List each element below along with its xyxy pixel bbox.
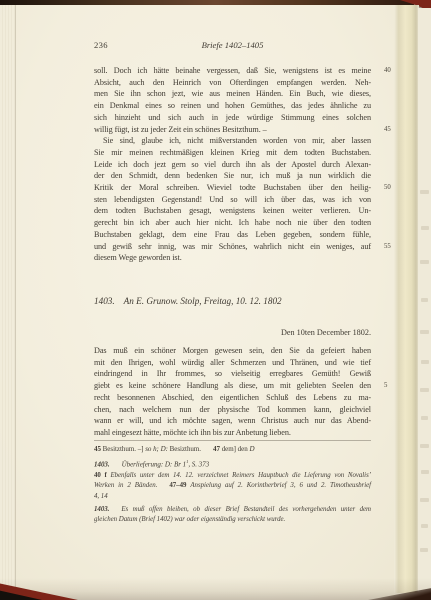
text-line: Sie mir meinen rechtmäßigen kleinen Krie…	[94, 147, 371, 159]
line-text: mit den Ihrigen, wohl würdig aller Schme…	[94, 358, 371, 367]
text-segment: gleichen Datum (Brief 1402) war oder eig…	[94, 516, 285, 523]
text-segment: , S. 373	[188, 460, 209, 468]
text-line: Werken in 2 Bänden.47–49 Anspielung auf …	[94, 481, 371, 491]
letter-1403-heading: 1403.An E. Grunow. Stolp, Freitag, 10. 1…	[94, 296, 371, 306]
text-line: 45 Besitzthum. –] so h; D: Besizthum.47 …	[94, 443, 371, 456]
ghost-text-line	[420, 260, 429, 264]
ghost-text-line	[421, 360, 429, 364]
ghost-text-line	[420, 444, 429, 448]
ghost-text-line	[421, 226, 429, 230]
text-segment: 47	[213, 445, 222, 453]
line-text: diesem Wege geworden ist.	[94, 253, 182, 262]
ghost-text-line	[420, 498, 429, 502]
line-text: giebt es keine schönere Handlung als die…	[94, 381, 371, 390]
margin-line-number: 55	[384, 241, 391, 253]
text-segment: so h; D:	[145, 445, 169, 453]
line-text: Sie sind, glaube ich, nicht mißverstande…	[103, 136, 371, 145]
text-segment: dem] den	[222, 445, 250, 453]
text-segment: Überlieferung: D: Br 1	[122, 460, 186, 468]
text-line: 1403.Es muß offen bleiben, ob dieser Bri…	[94, 505, 371, 515]
text-line: 1403.Überlieferung: D: Br 11, S. 373	[94, 456, 371, 471]
text-segment: 4, 14	[94, 493, 108, 500]
margin-line-number: 45	[384, 124, 391, 136]
left-page-edges	[0, 5, 16, 587]
line-text: ein Denkmal eines so reinen und hohen Ge…	[94, 101, 371, 110]
line-text: men Sie ihn schon jezt, wie aus meinen H…	[94, 89, 371, 98]
text-line: men Sie ihn schon jezt, wie aus meinen H…	[94, 88, 371, 100]
text-line: 40 f Ebenfalls unter dem 14. 12. verzeic…	[94, 471, 371, 481]
text-line: mahl eingesezt hätte, möchte ich ihn bis…	[94, 427, 371, 439]
line-text: Absicht, auch den Heinrich von Ofterding…	[94, 78, 371, 87]
line-text: und gewiß sehr innig, was mir Schönes, w…	[94, 242, 371, 251]
text-segment: Besizthum.	[170, 445, 201, 453]
next-page-edge	[418, 8, 431, 592]
page-header: 236 Briefe 1402–1405	[94, 40, 371, 50]
text-segment: Anspielung auf 2. Korintherbrief 3, 6 un…	[190, 482, 371, 489]
margin-line-number: 40	[384, 65, 391, 77]
line-text: gerecht bin ich aber auch hier nicht. Ic…	[94, 218, 371, 227]
margin-line-number: 5	[384, 380, 387, 392]
text-line: Buchstaben geklagt, dem eine Frau das Le…	[94, 229, 371, 241]
ghost-text-line	[420, 388, 429, 392]
text-line: chen, nach welchem nun der physische Tod…	[94, 404, 371, 416]
line-text: Sie mir meinen rechtmäßigen kleinen Krie…	[94, 148, 371, 157]
dateline: Den 10ten December 1802.	[94, 328, 371, 337]
text-line: ein Denkmal eines so reinen und hohen Ge…	[94, 100, 371, 112]
text-line: eindringend in Ihr frommes, so vielseiti…	[94, 368, 371, 380]
text-segment: D	[249, 445, 254, 453]
text-segment: 1403.	[94, 460, 110, 468]
text-line: der den Schmidt, denn bedenken Sie nur, …	[94, 170, 371, 182]
letter-title: An E. Grunow. Stolp, Freitag, 10. 12. 18…	[124, 296, 282, 306]
text-line: Leide ich doch jezt gern so viel durch i…	[94, 159, 371, 171]
line-text: mahl eingesezt hätte, möchte ich ihn bis…	[94, 428, 291, 437]
letter-1403-body: Das muß ein schöner Morgen gewesen sein,…	[94, 345, 371, 439]
line-text: wann er will, und ich möchte sagen, wenn…	[94, 416, 371, 425]
line-text: Buchstaben geklagt, dem eine Frau das Le…	[94, 230, 371, 239]
page-fore-edge	[394, 5, 419, 593]
text-line: Das muß ein schöner Morgen gewesen sein,…	[94, 345, 371, 357]
text-segment: 45	[94, 445, 103, 453]
text-line: wann er will, und ich möchte sagen, wenn…	[94, 415, 371, 427]
text-line: 4, 14	[94, 492, 371, 502]
text-line: Sie sind, glaube ich, nicht mißverstande…	[94, 135, 371, 147]
line-text: dem todten Buchstaben gesagt, wenigstens…	[94, 206, 371, 215]
text-line: willig fügt, ist zu jeder Zeit ein schön…	[94, 124, 371, 136]
ghost-text-line	[421, 470, 429, 474]
letter-1402-continuation: soll. Doch ich hätte beinahe vergessen, …	[94, 65, 371, 264]
text-line: gleichen Datum (Brief 1402) war oder eig…	[94, 515, 371, 525]
text-line: sich hinzieht und sich auch in jede würd…	[94, 112, 371, 124]
text-segment: 40 f	[94, 472, 110, 479]
text-line: und gewiß sehr innig, was mir Schönes, w…	[94, 241, 371, 253]
text-segment: 47–49	[169, 482, 190, 489]
line-text: der den Schmidt, denn bedenken Sie nur, …	[94, 171, 371, 180]
running-title: Briefe 1402–1405	[94, 40, 371, 50]
book-photo: 236 Briefe 1402–1405 soll. Doch ich hätt…	[0, 0, 431, 600]
line-text: sich hinzieht und sich auch in jede würd…	[94, 113, 371, 122]
line-text: Leide ich doch jezt gern so viel durch i…	[94, 160, 371, 169]
text-segment: Es muß offen bleiben, ob dieser Brief Be…	[121, 506, 371, 513]
letter-number: 1403.	[94, 296, 115, 306]
ghost-text-line	[420, 190, 429, 194]
page-number: 236	[94, 40, 108, 50]
line-text: Kritik der Moral schreiben. Wieviel todt…	[94, 183, 371, 192]
text-segment: 1403.	[94, 506, 109, 513]
margin-line-number: 50	[384, 182, 391, 194]
ghost-text-line	[421, 416, 428, 420]
text-line: diesem Wege geworden ist.	[94, 252, 371, 264]
text-segment: Besitzthum. –]	[103, 445, 146, 453]
line-text: sten lebendigsten Gegenstand! Und so wil…	[94, 195, 371, 204]
text-line: Absicht, auch den Heinrich von Ofterding…	[94, 77, 371, 89]
line-text: Das muß ein schöner Morgen gewesen sein,…	[94, 346, 371, 355]
text-line: sten lebendigsten Gegenstand! Und so wil…	[94, 194, 371, 206]
text-line: recht besonnenen Abschied, den eigentlic…	[94, 392, 371, 404]
line-text: recht besonnenen Abschied, den eigentlic…	[94, 393, 371, 402]
ghost-text-line	[421, 524, 428, 528]
ghost-text-line	[420, 548, 428, 552]
critical-apparatus: 45 Besitzthum. –] so h; D: Besizthum.47 …	[94, 443, 371, 471]
text-line: giebt es keine schönere Handlung als die…	[94, 380, 371, 392]
line-text: eindringend in Ihr frommes, so vielseiti…	[94, 369, 371, 378]
text-segment: Werken in 2 Bänden.	[94, 482, 157, 489]
commentary-notes: 40 f Ebenfalls unter dem 14. 12. verzeic…	[94, 471, 371, 526]
text-line: dem todten Buchstaben gesagt, wenigstens…	[94, 205, 371, 217]
page-bottom-shadow	[0, 578, 431, 600]
ghost-text-line	[421, 298, 428, 302]
text-line: mit den Ihrigen, wohl würdig aller Schme…	[94, 357, 371, 369]
line-text: soll. Doch ich hätte beinahe vergessen, …	[94, 66, 371, 75]
line-text: willig fügt, ist zu jeder Zeit ein schön…	[94, 125, 267, 134]
footnote-divider	[94, 440, 371, 441]
ghost-text-line	[420, 330, 429, 334]
text-line: gerecht bin ich aber auch hier nicht. Ic…	[94, 217, 371, 229]
text-line: soll. Doch ich hätte beinahe vergessen, …	[94, 65, 371, 77]
text-segment: Ebenfalls unter dem 14. 12. verzeichnet …	[110, 472, 371, 479]
table-surface	[0, 0, 431, 5]
text-line: Kritik der Moral schreiben. Wieviel todt…	[94, 182, 371, 194]
line-text: chen, nach welchem nun der physische Tod…	[94, 405, 371, 414]
